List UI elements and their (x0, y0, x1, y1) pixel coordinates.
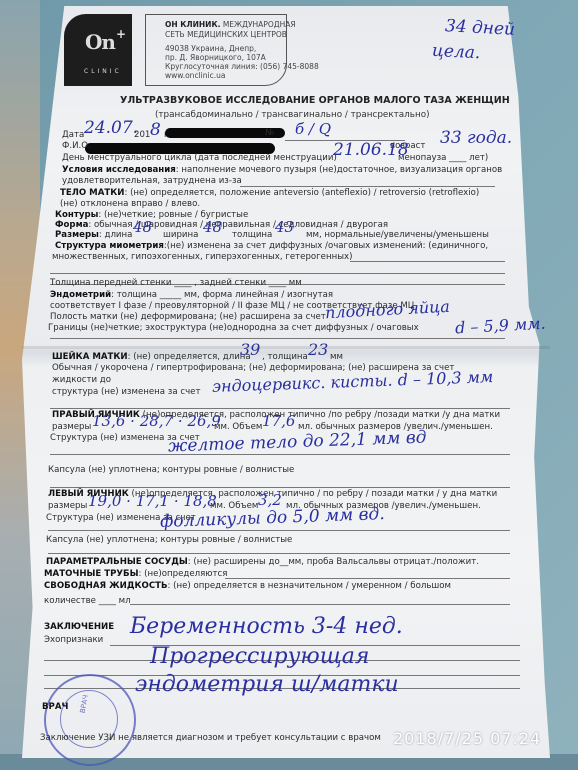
cervix-heading: ШЕЙКА МАТКИ: (не) определяется, длина (52, 352, 251, 362)
number-value: б / Q (295, 120, 331, 138)
parametral-vessels: ПАРАМЕТРАЛЬНЫЕ СОСУДЫ: (не) расширены до… (46, 557, 479, 567)
right-ovary-volume: 17,6 (262, 412, 295, 430)
cervix-thickness-label: , толщина (262, 352, 308, 362)
left-ovary-capsule: Капсула (не) уплотнена; контуры ровные /… (46, 535, 292, 545)
date-value: 24.07. (84, 118, 138, 138)
endometrium-borders: Границы (не)четкие; эхоструктура (не)одн… (48, 323, 419, 333)
cervix-unit: мм (330, 352, 343, 362)
right-ovary-capsule: Капсула (не) уплотнена; контуры ровные /… (48, 465, 294, 475)
uterus-width-value: 48 (203, 218, 222, 236)
rule (48, 530, 510, 531)
rule (50, 273, 505, 274)
note-line-2: цела. (432, 41, 481, 64)
rule (225, 578, 510, 579)
right-ovary-size-label: размеры (52, 422, 91, 432)
myometrium-2: множественных, гипоэхогенных, гиперэхоге… (52, 252, 352, 262)
uterus-length-value: 48 (133, 218, 152, 236)
conditions-line: Условия исследования: наполнение мочевог… (62, 165, 502, 175)
uterus-width-label: ширина (163, 230, 198, 240)
name-label: Ф.И.О. (62, 141, 91, 151)
conclusion-line-1: Беременность 3-4 нед. (130, 614, 403, 639)
uterus-deviation: (не) отклонена вправо / влево. (60, 199, 200, 209)
conditions-line-2: удовлетворительная, затруднена из-за (62, 176, 242, 186)
rule (50, 454, 510, 455)
conclusion-line-3: эндометрия ш/матки (135, 672, 399, 697)
cervix-structure: структура (не) изменена за счет (52, 387, 200, 397)
uterus-thickness-label: толщина (232, 230, 272, 240)
left-ovary-size: 19,0 · 17,1 · 18,8 (88, 492, 217, 510)
document-title: УЛЬТРАЗВУКОВОЕ ИССЛЕДОВАНИЕ ОРГАНОВ МАЛО… (120, 95, 510, 106)
uterus-thickness-value: 43 (275, 218, 294, 236)
uterus-size: Размеры: длина (55, 230, 132, 240)
year-hand: 8 (150, 120, 161, 140)
photo-timestamp: 2018/7/25 07:24 (393, 729, 541, 748)
clinic-website: www.onclinic.ua (165, 71, 225, 80)
rule (48, 553, 510, 554)
left-ovary-volume: 3,2 (258, 491, 282, 509)
doctor-label: ВРАЧ (42, 702, 68, 712)
document-subtitle: (трансабдоминально / трансвагинально / т… (155, 110, 430, 120)
free-fluid-amount: количестве ____ мл (44, 596, 131, 606)
note-line-1: 34 дней (445, 16, 516, 40)
rule (350, 261, 505, 262)
clinic-name-line: ОН КЛИНИК. МЕЖДУНАРОДНАЯ (165, 20, 296, 29)
rule (50, 338, 505, 339)
clinic-tagline: СЕТЬ МЕДИЦИНСКИХ ЦЕНТРОВ (165, 30, 287, 39)
rule (130, 604, 510, 605)
rule (50, 487, 510, 488)
rule (50, 408, 510, 409)
footer-disclaimer: Заключение УЗИ не является диагнозом и т… (40, 733, 381, 743)
year-printed: 201 (134, 130, 150, 140)
uterine-cavity: Полость матки (не) деформирована; (не) р… (50, 312, 326, 322)
free-fluid: СВОБОДНАЯ ЖИДКОСТЬ: (не) определяется в … (44, 581, 451, 591)
conclusion-label: ЗАКЛЮЧЕНИЕ (44, 622, 114, 632)
wall-thickness: Толщина передней стенки ____ , задней ст… (50, 278, 302, 288)
logo-plus-icon: + (116, 27, 126, 41)
uterus-size-suffix: мм, нормальные/увеличены/уменьшены (306, 230, 489, 240)
cervix-fluid: жидкости до (52, 375, 111, 385)
right-ovary-size: 13,6 · 28,7 · 26,9 (92, 412, 221, 430)
left-ovary-size-label: размеры (48, 501, 87, 511)
paper-fold (22, 346, 550, 349)
uterine-tubes: МАТОЧНЫЕ ТРУБЫ: (не)определяются (44, 569, 227, 579)
number-label: № (265, 128, 274, 138)
clinic-address-2: пр. Д. Яворницкого, 107А (165, 53, 266, 62)
clinic-phone: Круглосуточная линия: (056) 745-8088 (165, 62, 319, 71)
logo-mark: On (85, 30, 115, 54)
echo-label: Эхопризнаки (44, 635, 103, 645)
cycle-label: День менструального цикла (дата последне… (62, 153, 337, 163)
menopause-label: менопауза ____ лет) (398, 153, 488, 163)
logo-subtitle: CLINIC (84, 68, 122, 75)
uterus-heading: ТЕЛО МАТКИ: (не) определяется, положение… (60, 188, 479, 198)
conclusion-line-2: Прогрессирующая (150, 644, 369, 669)
right-ovary-volume-label: мм. Объем (214, 422, 262, 432)
myometrium: Структура миометрия:(не) изменена за сче… (55, 241, 488, 251)
cervix-length: 39 (240, 340, 260, 359)
conditions-line-rule (240, 186, 495, 187)
date-label: Дата (62, 130, 84, 140)
endometrium: Эндометрий: толщина _____ мм, форма лине… (50, 290, 333, 300)
clinic-address-1: 49038 Украина, Днепр, (165, 44, 256, 53)
age-value: 33 года. (440, 128, 512, 148)
cervix-thickness: 23 (308, 340, 328, 359)
